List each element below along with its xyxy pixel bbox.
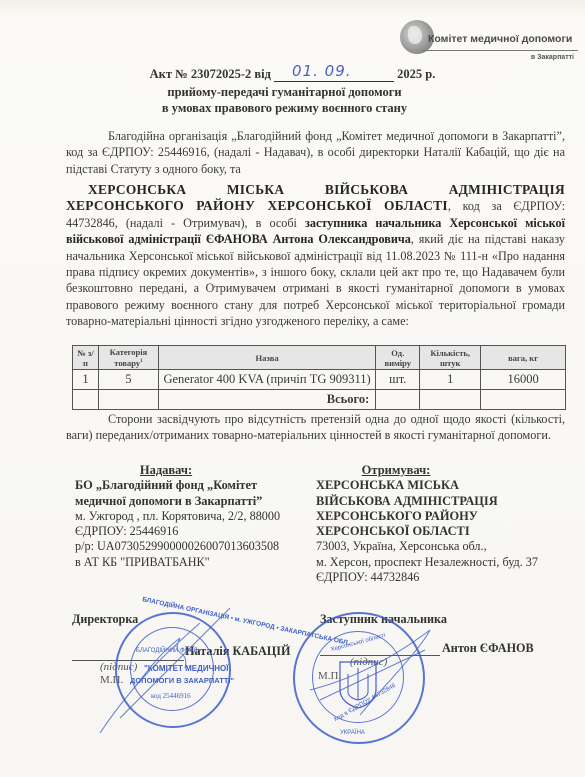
closing-paragraph: Сторони засвідчують про відсутність прет… xyxy=(66,411,565,444)
recipient-text-2: , який діє на підставі наказу начальника… xyxy=(66,232,565,328)
header-unit: Од. виміру xyxy=(376,346,420,370)
header-number: № з/п xyxy=(73,346,99,370)
items-table: № з/п Категорія товару1 Назва Од. виміру… xyxy=(72,345,566,410)
table-total-row: Всього: xyxy=(73,390,566,410)
act-number: Акт № 23072025-2 від xyxy=(150,67,271,81)
act-title: Акт № 23072025-2 від 01. 09. 2025 р. xyxy=(0,67,585,82)
giver-signature-scribble xyxy=(90,598,240,738)
giver-name-2: медичної допомоги в Закарпатті” xyxy=(75,494,315,509)
logo-subtitle: в Закарпатті xyxy=(531,54,574,61)
receiver-signature-scribble xyxy=(300,620,440,720)
giver-block: Надавач: БО „Благодійний фонд „Комітет м… xyxy=(75,463,315,570)
intro-paragraph: Благодійна організація „Благодійний фонд… xyxy=(66,128,565,177)
receiver-name-2: ВІЙСЬКОВА АДМІНІСТРАЦІЯ xyxy=(316,494,576,509)
giver-name-1: БО „Благодійний фонд „Комітет xyxy=(75,478,315,493)
act-year: 2025 р. xyxy=(397,67,435,81)
receiver-signer-name: Антон ЄФАНОВ xyxy=(442,641,534,656)
cell-number: 1 xyxy=(73,370,99,390)
cell-weight: 16000 xyxy=(481,370,566,390)
logo-divider xyxy=(422,50,578,51)
header-name: Назва xyxy=(158,346,375,370)
cell-name: Generator 400 KVA (причіп TG 909311) xyxy=(158,370,375,390)
receiver-name-4: ХЕРСОНСЬКОЇ ОБЛАСТІ xyxy=(316,524,576,539)
receiver-address-1: 73003, Україна, Херсонська обл., xyxy=(316,539,576,554)
act-date-handwritten: 01. 09. xyxy=(292,62,351,80)
act-subtitle-2: в умовах правового режиму воєнного стану xyxy=(0,101,577,116)
receiver-stamp-country: УКРАЇНА xyxy=(340,730,365,736)
receiver-title: Отримувач: xyxy=(316,463,476,478)
table-row: 1 5 Generator 400 KVA (причіп TG 909311)… xyxy=(73,370,566,390)
receiver-address-2: м. Херсон, проспект Незалежності, буд. 3… xyxy=(316,555,576,570)
receiver-name-1: ХЕРСОНСЬКА МІСЬКА xyxy=(316,478,576,493)
total-label: Всього: xyxy=(158,390,375,410)
giver-account: р/р: UA073052990000026007013603508 xyxy=(75,539,315,554)
act-date-field: 01. 09. xyxy=(274,67,394,82)
header-quantity: Кількість, штук xyxy=(420,346,481,370)
receiver-name-3: ХЕРСОНСЬКОГО РАЙОНУ xyxy=(316,509,576,524)
cell-quantity: 1 xyxy=(420,370,481,390)
document-page: Комітет медичної допомоги в Закарпатті А… xyxy=(0,0,585,777)
giver-address: м. Ужгород , пл. Корятовича, 2/2, 88000 xyxy=(75,509,315,524)
logo-title: Комітет медичної допомоги xyxy=(428,33,572,45)
cell-unit: шт. xyxy=(376,370,420,390)
header-category: Категорія товару1 xyxy=(98,346,158,370)
table-header-row: № з/п Категорія товару1 Назва Од. виміру… xyxy=(73,346,566,370)
act-subtitle-1: прийому-передачі гуманітарної допомоги xyxy=(0,85,577,100)
receiver-block: Отримувач: ХЕРСОНСЬКА МІСЬКА ВІЙСЬКОВА А… xyxy=(316,463,576,585)
cell-category: 5 xyxy=(98,370,158,390)
giver-title: Надавач: xyxy=(75,463,257,478)
giver-bank: в АТ КБ "ПРИВАТБАНК" xyxy=(75,555,315,570)
header-weight: вага, кг xyxy=(481,346,566,370)
recipient-paragraph: ХЕРСОНСЬКА МІСЬКА ВІЙСЬКОВА АДМІНІСТРАЦІ… xyxy=(66,182,565,330)
organization-logo: Комітет медичної допомоги в Закарпатті xyxy=(400,14,580,70)
receiver-edrpou: ЄДРПОУ: 44732846 xyxy=(316,570,576,585)
giver-edrpou: ЄДРПОУ: 25446916 xyxy=(75,524,315,539)
